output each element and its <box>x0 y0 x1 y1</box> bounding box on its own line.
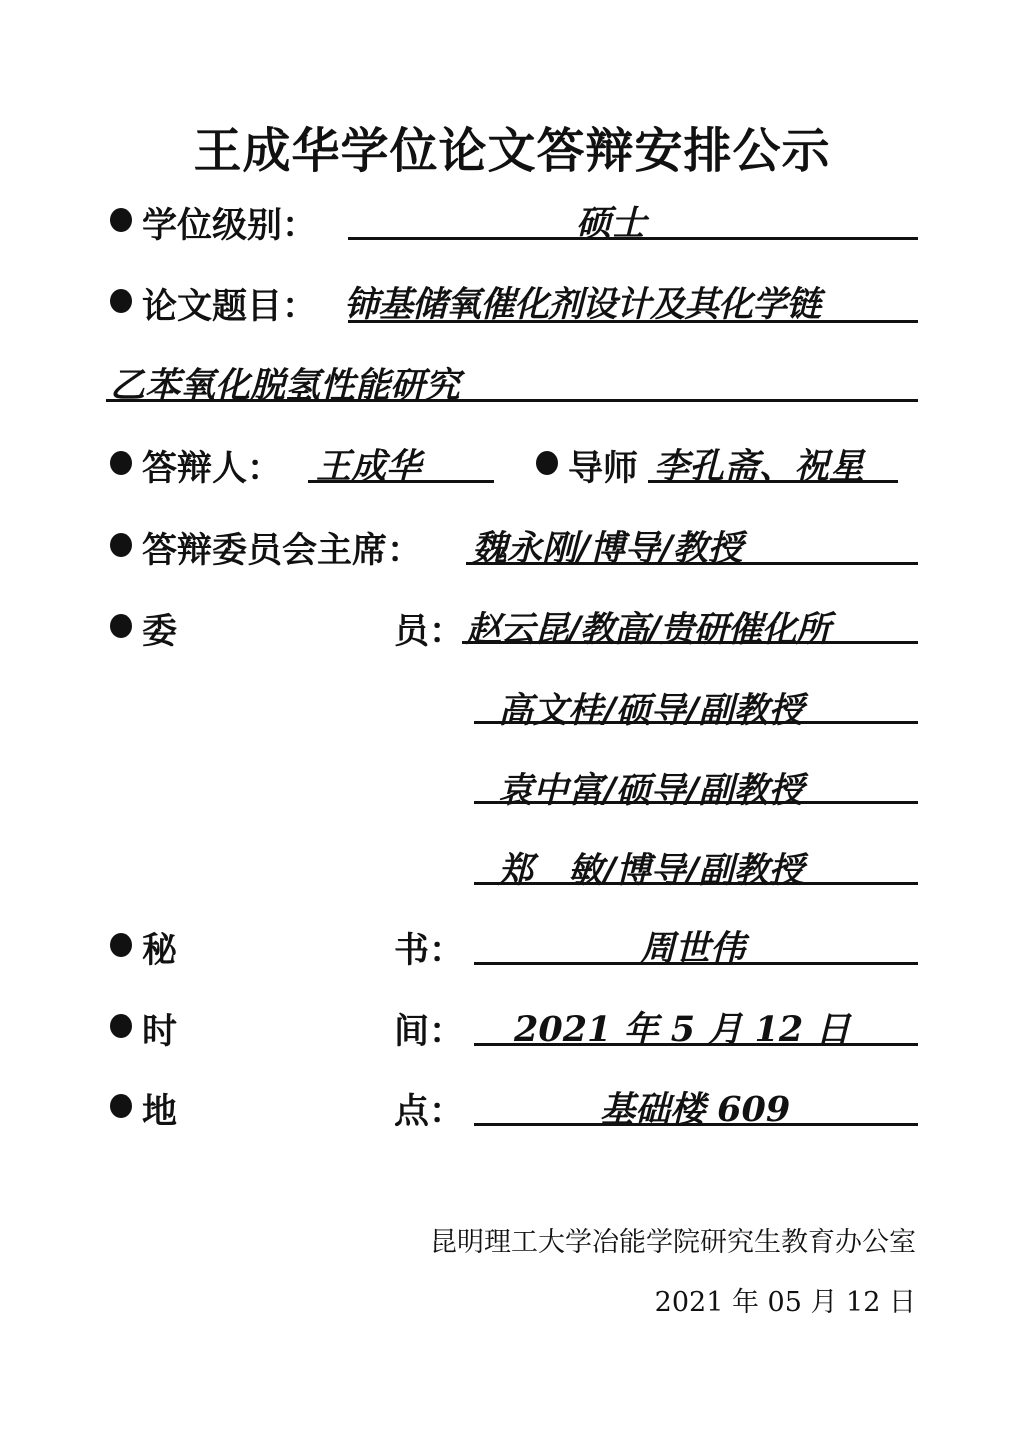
thesis-underline-2 <box>106 399 918 402</box>
member-1-underline <box>462 641 918 644</box>
member-1: 赵云昆/教高/贵研催化所 <box>466 602 830 652</box>
bullet-icon <box>110 614 132 638</box>
chair-underline <box>466 562 918 565</box>
secretary-label-right: 书： <box>394 923 464 973</box>
advisor-underline <box>648 480 898 483</box>
member-2: 高文桂/硕导/副教授 <box>498 683 804 733</box>
member-3: 袁中富/硕导/副教授 <box>498 763 804 813</box>
bullet-icon <box>110 1094 132 1118</box>
candidate-underline <box>308 480 494 483</box>
members-label-right: 员： <box>394 604 464 654</box>
time-label-right: 间： <box>394 1004 464 1054</box>
thesis-label: 论文题目： <box>142 279 317 329</box>
member-4: 郑 敏/博导/副教授 <box>498 843 804 893</box>
members-label-left: 委 <box>142 604 177 654</box>
member-4-underline <box>474 882 918 885</box>
bullet-icon <box>110 1014 132 1038</box>
bullet-icon <box>110 208 132 232</box>
bullet-icon <box>110 289 132 313</box>
issue-date: 2021 年 05 月 12 日 <box>655 1280 916 1319</box>
issuing-office: 昆明理工大学冶能学院研究生教育办公室 <box>430 1220 916 1259</box>
page-title: 王成华学位论文答辩安排公示 <box>0 112 1024 181</box>
candidate-label: 答辩人： <box>142 441 282 491</box>
secretary-underline <box>474 962 918 965</box>
bullet-icon <box>536 451 558 475</box>
thesis-underline-1 <box>348 320 918 323</box>
member-3-underline <box>474 801 918 804</box>
degree-underline <box>348 237 918 240</box>
place-label-right: 点： <box>394 1084 464 1134</box>
bullet-icon <box>110 533 132 557</box>
secretary-label-left: 秘 <box>142 923 177 973</box>
time-label-left: 时 <box>142 1004 177 1054</box>
advisor-label: 导师 <box>568 441 638 491</box>
bullet-icon <box>110 451 132 475</box>
time-underline <box>474 1043 918 1046</box>
degree-label: 学位级别： <box>142 198 317 248</box>
place-underline <box>474 1123 918 1126</box>
chair-label: 答辩委员会主席： <box>142 523 422 573</box>
place-label-left: 地 <box>142 1084 177 1134</box>
bullet-icon <box>110 933 132 957</box>
member-2-underline <box>474 721 918 724</box>
